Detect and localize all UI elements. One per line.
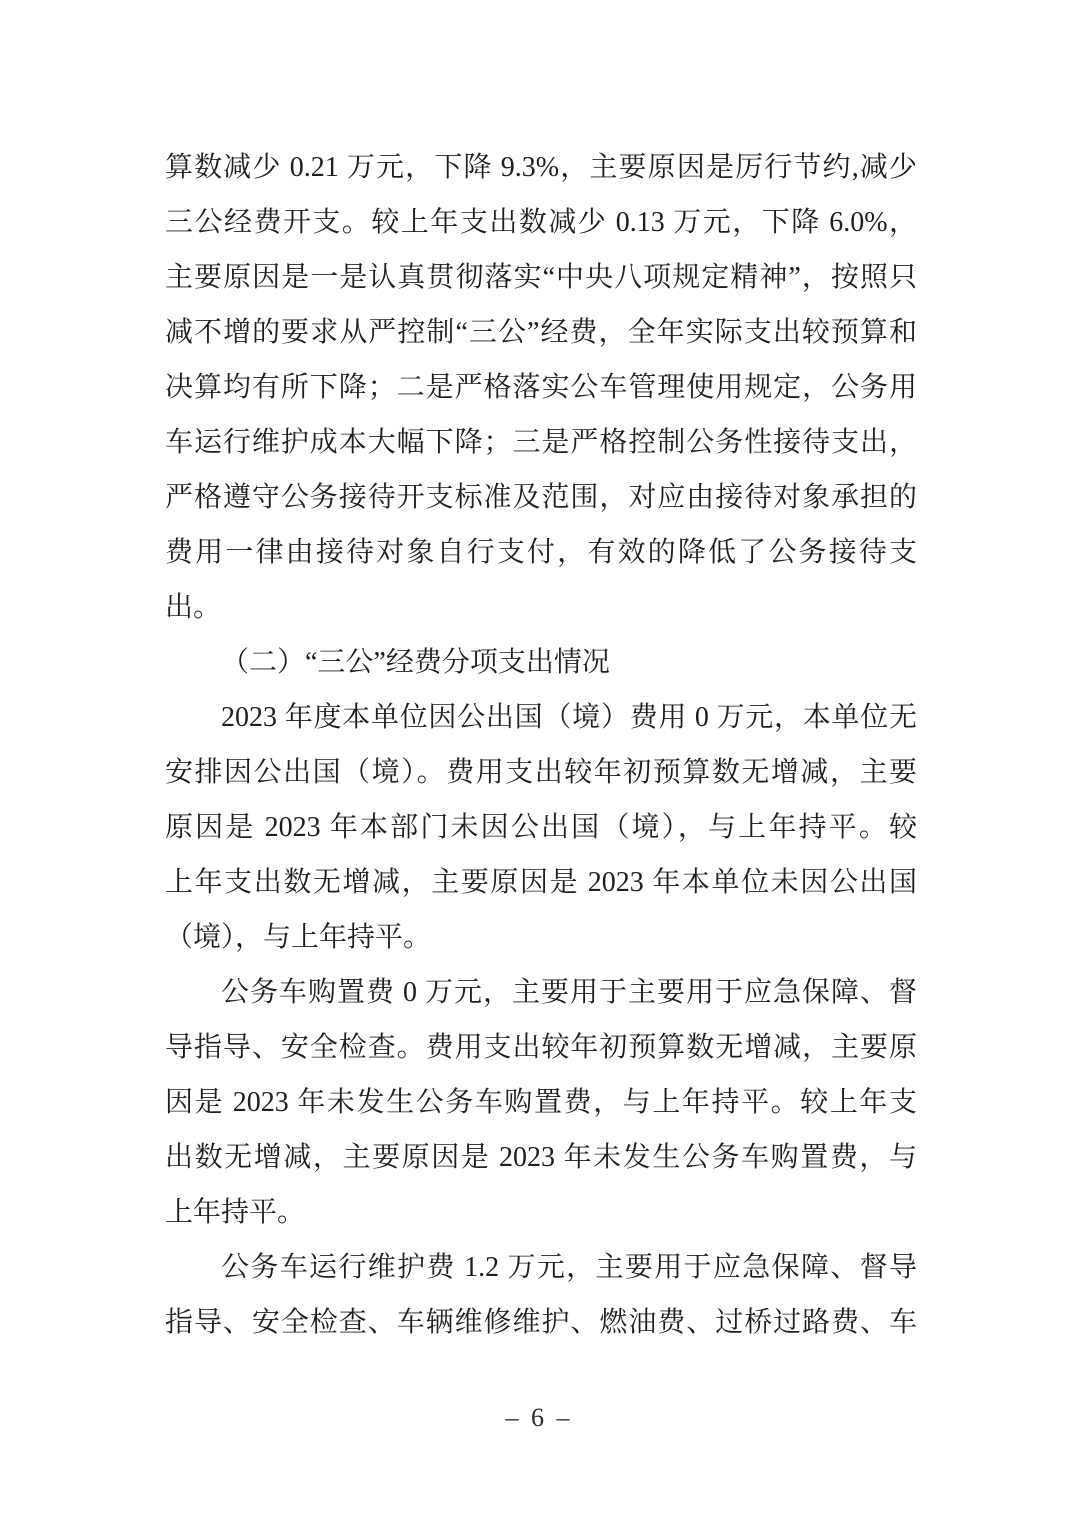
text-line: 2023 年度本单位因公出国（境）费用 0 万元，本单位无 bbox=[165, 690, 917, 745]
text-line: 上年支出数无增减，主要原因是 2023 年本单位未因公出国 bbox=[165, 855, 917, 910]
text-line: 公务车购置费 0 万元，主要用于主要用于应急保障、督 bbox=[165, 965, 917, 1020]
section-heading: （二）“三公”经费分项支出情况 bbox=[165, 635, 917, 690]
text-line: 公务车运行维护费 1.2 万元，主要用于应急保障、督导 bbox=[165, 1240, 917, 1295]
text-line: 导指导、安全检查。费用支出较年初预算数无增减，主要原 bbox=[165, 1020, 917, 1075]
text-line: 车运行维护成本大幅下降；三是严格控制公务性接待支出， bbox=[165, 415, 917, 470]
text-line: （境），与上年持平。 bbox=[165, 910, 917, 965]
page-body-text: 算数减少 0.21 万元，下降 9.3%，主要原因是厉行节约,减少三公经费开支。… bbox=[165, 140, 917, 1350]
text-line: 决算均有所下降；二是严格落实公车管理使用规定，公务用 bbox=[165, 360, 917, 415]
text-line: 安排因公出国（境）。费用支出较年初预算数无增减，主要 bbox=[165, 745, 917, 800]
text-line: 上年持平。 bbox=[165, 1185, 917, 1240]
paragraph-vehicle-maintenance-expense: 公务车运行维护费 1.2 万元，主要用于应急保障、督导指导、安全检查、车辆维修维… bbox=[165, 1240, 917, 1350]
page-number: – 6 – bbox=[0, 1400, 1075, 1436]
text-line: 三公经费开支。较上年支出数减少 0.13 万元，下降 6.0%， bbox=[165, 195, 917, 250]
text-line: 因是 2023 年未发生公务车购置费，与上年持平。较上年支 bbox=[165, 1075, 917, 1130]
text-line: 原因是 2023 年本部门未因公出国（境），与上年持平。较 bbox=[165, 800, 917, 855]
text-line: 严格遵守公务接待开支标准及范围，对应由接待对象承担的 bbox=[165, 470, 917, 525]
text-line: 费用一律由接待对象自行支付，有效的降低了公务接待支 bbox=[165, 525, 917, 580]
text-line: 算数减少 0.21 万元，下降 9.3%，主要原因是厉行节约,减少 bbox=[165, 140, 917, 195]
text-line: 主要原因是一是认真贯彻落实“中央八项规定精神”，按照只 bbox=[165, 250, 917, 305]
paragraph-abroad-expense: 2023 年度本单位因公出国（境）费用 0 万元，本单位无安排因公出国（境）。费… bbox=[165, 690, 917, 965]
paragraph-vehicle-purchase-expense: 公务车购置费 0 万元，主要用于主要用于应急保障、督导指导、安全检查。费用支出较… bbox=[165, 965, 917, 1240]
text-line: 出。 bbox=[165, 580, 917, 635]
text-line: 减不增的要求从严控制“三公”经费，全年实际支出较预算和 bbox=[165, 305, 917, 360]
text-line: 指导、安全检查、车辆维修维护、燃油费、过桥过路费、车 bbox=[165, 1295, 917, 1350]
paragraph-three-public-expense-total: 算数减少 0.21 万元，下降 9.3%，主要原因是厉行节约,减少三公经费开支。… bbox=[165, 140, 917, 635]
text-line: 出数无增减，主要原因是 2023 年未发生公务车购置费，与 bbox=[165, 1130, 917, 1185]
document-page: 算数减少 0.21 万元，下降 9.3%，主要原因是厉行节约,减少三公经费开支。… bbox=[0, 0, 1075, 1520]
